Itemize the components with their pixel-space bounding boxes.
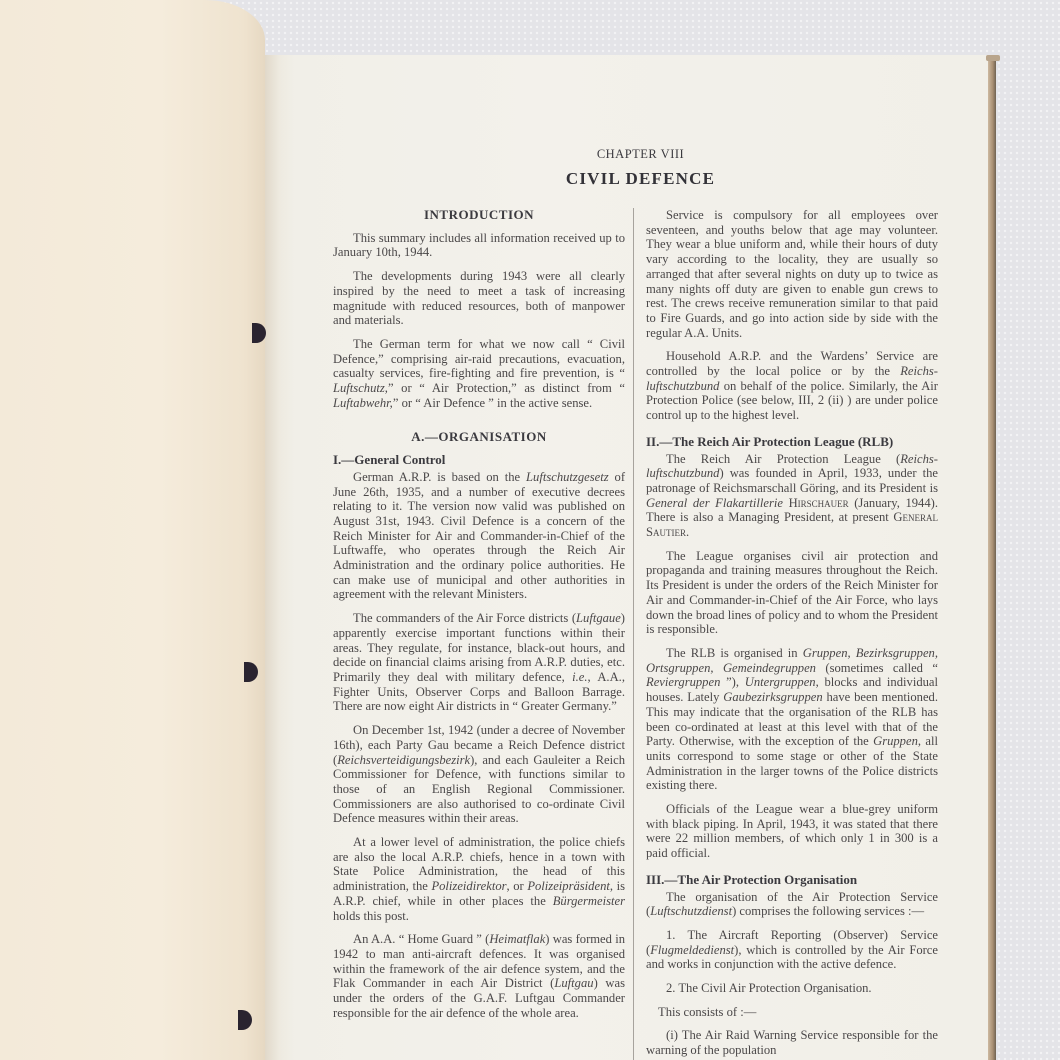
rlb-paragraph-2: The League organises civil air protectio… (646, 549, 938, 637)
book-edge-cap (986, 55, 1000, 61)
right-column: Service is compulsory for all employees … (633, 208, 938, 1060)
section-2-heading: II.—The Reich Air Protection League (RLB… (646, 435, 938, 450)
general-control-paragraph-2: The commanders of the Air Force district… (333, 611, 625, 714)
section-1-heading: I.—General Control (333, 453, 625, 468)
apo-consists-label: This consists of :— (646, 1005, 938, 1020)
apo-paragraph-1: The organisation of the Air Protection S… (646, 890, 938, 919)
general-control-paragraph-4: At a lower level of administration, the … (333, 835, 625, 923)
two-column-body: INTRODUCTION This summary includes all i… (333, 208, 948, 1060)
page-title: CIVIL DEFENCE (333, 172, 948, 187)
intro-paragraph-2: The developments during 1943 were all cl… (333, 269, 625, 328)
book-edge (988, 55, 996, 1060)
organisation-heading: A.—ORGANISATION (333, 430, 625, 445)
section-3-heading: III.—The Air Protection Organisation (646, 873, 938, 888)
left-page (0, 0, 265, 1060)
general-control-paragraph-1: German A.R.P. is based on the Luftschutz… (333, 470, 625, 602)
general-control-paragraph-5: An A.A. “ Home Guard ” (Heimatflak) was … (333, 932, 625, 1020)
left-column: INTRODUCTION This summary includes all i… (333, 208, 633, 1060)
chapter-label: CHAPTER VIII (333, 147, 948, 162)
apo-item-2: 2. The Civil Air Protection Organisation… (646, 981, 938, 996)
apo-item-1: 1. The Aircraft Reporting (Observer) Ser… (646, 928, 938, 972)
rlb-paragraph-3: The RLB is organised in Gruppen, Bezirks… (646, 646, 938, 793)
intro-paragraph-1: This summary includes all information re… (333, 231, 625, 260)
rlb-paragraph-4: Officials of the League wear a blue-grey… (646, 802, 938, 861)
intro-paragraph-3: The German term for what we now call “ C… (333, 337, 625, 411)
apo-sub-item-i: (i) The Air Raid Warning Service respon­… (646, 1028, 938, 1057)
introduction-heading: INTRODUCTION (333, 208, 625, 223)
rlb-paragraph-1: The Reich Air Protection League (Reichs­… (646, 452, 938, 540)
page-content: CHAPTER VIII CIVIL DEFENCE INTRODUCTION … (333, 140, 948, 1060)
general-control-paragraph-3: On December 1st, 1942 (under a decree of… (333, 723, 625, 826)
continued-paragraph-1: Service is compulsory for all employees … (646, 208, 938, 340)
continued-paragraph-2: Household A.R.P. and the Wardens’ Servic… (646, 349, 938, 423)
